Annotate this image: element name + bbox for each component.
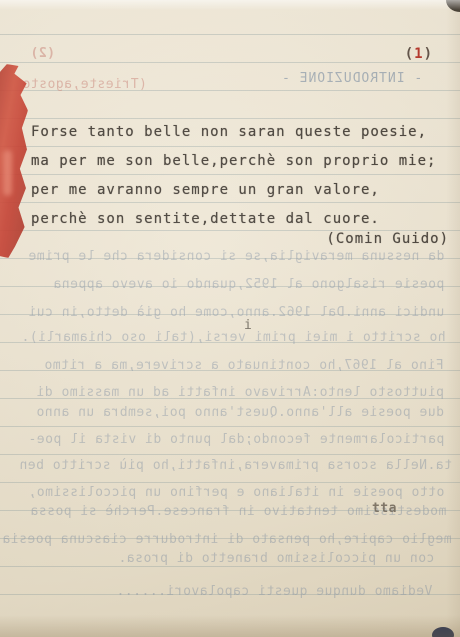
bleedthrough-line: da nessuna meraviglia,se si considera ch… — [28, 249, 444, 264]
bleedthrough-line: due poesie all'anno.Quest'anno poi,sembr… — [36, 405, 444, 420]
bleedthrough-closing-line: Vediamo dunque questi capolavori...... — [116, 584, 432, 599]
page-number-paren-close: ) — [424, 46, 433, 62]
poem-line: ma per me son belle,perchè son proprio m… — [31, 153, 436, 169]
bleedthrough-line: ho scritto i miei primi versi,(tali oso … — [21, 330, 446, 345]
bleedthrough-line: poesie risalgono al 1952,quando io avevo… — [53, 277, 444, 292]
bleedthrough-line: particolarmente fecondo;dal punto di vis… — [28, 432, 444, 447]
bleedthrough-line: con un piccolissimo branetto di prosa. — [118, 551, 434, 566]
bleedthrough-line: undici anni.Dal 1962.anno,come ho già de… — [28, 305, 444, 320]
page-number-paren-open: ( — [405, 46, 414, 62]
poem-attribution: (Comin Guido) — [326, 231, 449, 247]
bleedthrough-line: piuttosto lento:Arrivavo infatti ad un m… — [36, 385, 444, 400]
poem-line: Forse tanto belle non saran queste poesi… — [31, 124, 427, 140]
bleedthrough-line: otto poesie in italiano e perfino un pic… — [28, 485, 444, 500]
bleedthrough-dateline: (Trieste,agosto — [22, 77, 147, 92]
paper-page: (2) (Trieste,agosto - INTRODUZIONE - da … — [0, 0, 460, 637]
corner-notch — [446, 0, 460, 12]
poem-line: perchè son sentite,dettate dal cuore. — [31, 211, 380, 227]
bleedthrough-title: - INTRODUZIONE - — [281, 71, 422, 86]
stray-mark-i: i — [244, 318, 252, 333]
red-marker-highlight — [3, 150, 12, 196]
page-number: (1) — [405, 46, 433, 62]
bleedthrough-line: Fino al 1967,ho continuato a scrivere,ma… — [44, 358, 444, 373]
poem-line: per me avranno sempre un gran valore, — [31, 182, 380, 198]
bleedthrough-line: meglio capire,ho pensato di introdurre c… — [2, 532, 452, 547]
bleedthrough-page-number: (2) — [30, 46, 55, 61]
page-number-digit: 1 — [414, 46, 423, 62]
bleedthrough-line: ta.Nella scorsa primavera,infatti,ho più… — [19, 458, 452, 473]
ink-dot — [432, 627, 454, 637]
stray-mark-fragment: tta — [372, 501, 397, 516]
